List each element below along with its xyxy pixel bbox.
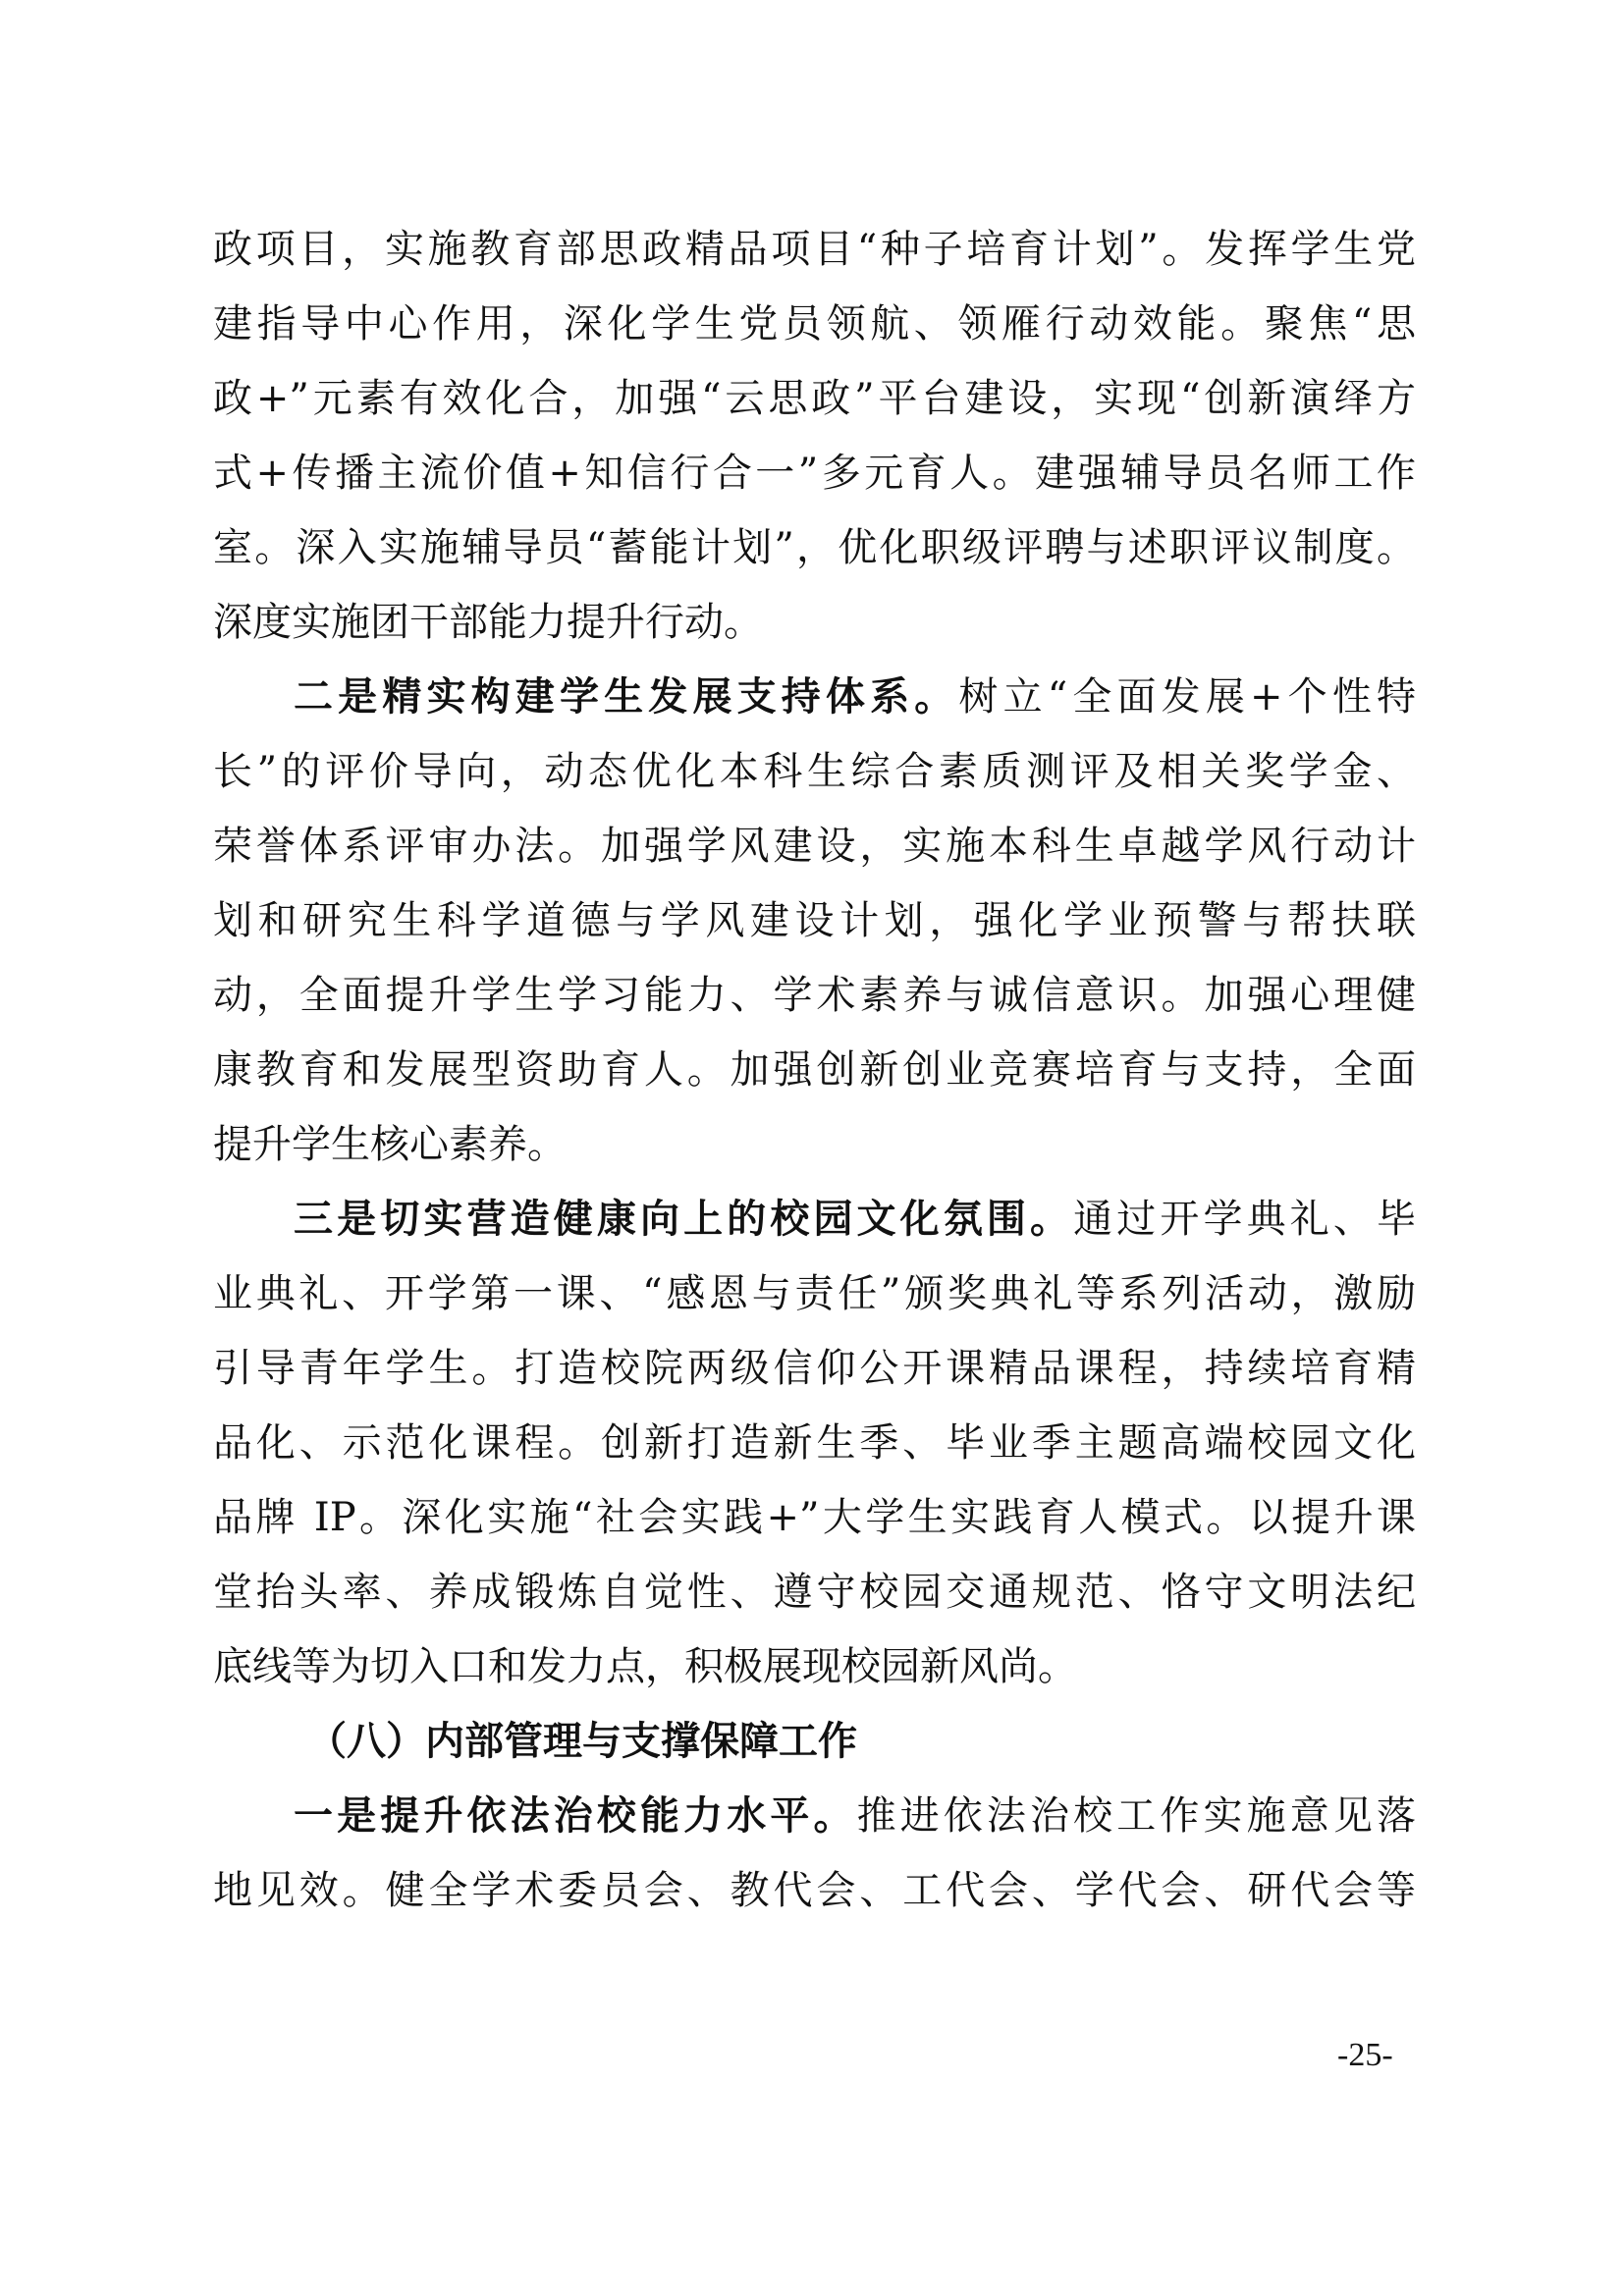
text-line: 划和研究生科学道德与学风建设计划，强化学业预警与帮扶联	[213, 895, 1416, 970]
text-line: 室。深入实施辅导员“蓄能计划”，优化职级评聘与述职评议制度。	[213, 522, 1416, 597]
body-text: 政项目，实施教育部思政精品项目“种子培育计划”。发挥学生党 建指导中心作用，深化…	[213, 224, 1416, 1940]
text-line: 品牌 IP。深化实施“社会实践+”大学生实践育人模式。以提升课	[213, 1492, 1416, 1567]
text-line: 深度实施团干部能力提升行动。	[213, 597, 1416, 671]
text-line: 建指导中心作用，深化学生党员领航、领雁行动效能。聚焦“思	[213, 298, 1416, 373]
paragraph-lead-bold: 三是切实营造健康向上的校园文化氛围。	[294, 1196, 1073, 1242]
paragraph-first-line-text: 推进依法治校工作实施意见落	[857, 1793, 1416, 1839]
text-line: 地见效。健全学术委员会、教代会、工代会、学代会、研代会等	[213, 1865, 1416, 1940]
text-line: 业典礼、开学第一课、“感恩与责任”颁奖典礼等系列活动，激励	[213, 1268, 1416, 1343]
text-line: 动，全面提升学生学习能力、学术素养与诚信意识。加强心理健	[213, 970, 1416, 1044]
paragraph-first-line: 三是切实营造健康向上的校园文化氛围。通过开学典礼、毕	[213, 1194, 1416, 1268]
paragraph-lead-bold: 一是提升依法治校能力水平。	[294, 1792, 857, 1839]
document-page: 政项目，实施教育部思政精品项目“种子培育计划”。发挥学生党 建指导中心作用，深化…	[0, 0, 1624, 2296]
text-line: 品化、示范化课程。创新打造新生季、毕业季主题高端校园文化	[213, 1417, 1416, 1492]
section-heading: （八）内部管理与支撑保障工作	[213, 1716, 1416, 1790]
text-line: 荣誉体系评审办法。加强学风建设，实施本科生卓越学风行动计	[213, 821, 1416, 895]
text-line: 提升学生核心素养。	[213, 1119, 1416, 1194]
text-line: 政项目，实施教育部思政精品项目“种子培育计划”。发挥学生党	[213, 224, 1416, 298]
text-line: 底线等为切入口和发力点，积极展现校园新风尚。	[213, 1641, 1416, 1716]
paragraph-first-line: 二是精实构建学生发展支持体系。树立“全面发展+个性特	[213, 671, 1416, 746]
paragraph-first-line-text: 树立“全面发展+个性特	[958, 674, 1416, 720]
text-line: 康教育和发展型资助育人。加强创新创业竞赛培育与支持，全面	[213, 1044, 1416, 1119]
text-line: 政+”元素有效化合，加强“云思政”平台建设，实现“创新演绎方	[213, 373, 1416, 448]
text-line: 式+传播主流价值+知信行合一”多元育人。建强辅导员名师工作	[213, 448, 1416, 522]
page-number: -25-	[1337, 2037, 1393, 2074]
paragraph-lead-bold: 二是精实构建学生发展支持体系。	[294, 673, 958, 720]
text-line: 堂抬头率、养成锻炼自觉性、遵守校园交通规范、恪守文明法纪	[213, 1567, 1416, 1641]
paragraph-first-line: 一是提升依法治校能力水平。推进依法治校工作实施意见落	[213, 1790, 1416, 1865]
text-line: 长”的评价导向，动态优化本科生综合素质测评及相关奖学金、	[213, 746, 1416, 821]
text-line: 引导青年学生。打造校院两级信仰公开课精品课程，持续培育精	[213, 1343, 1416, 1417]
paragraph-first-line-text: 通过开学典礼、毕	[1073, 1197, 1416, 1242]
